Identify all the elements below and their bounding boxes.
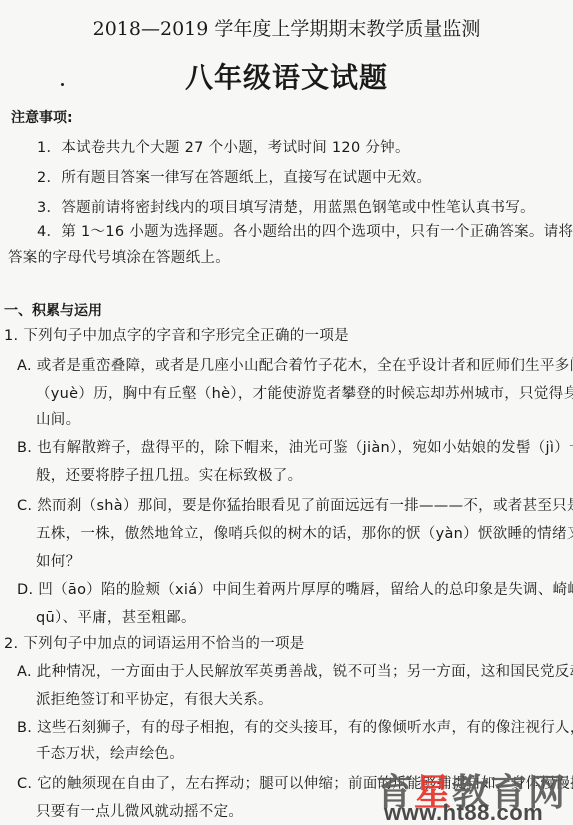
exam-title: 八年级语文试题 [0,56,573,96]
watermark-url: www.ht88.com [384,800,543,825]
q1-option-b-line1: B. 也有解散辫子，盘得平的，除下帽来，油光可鉴（jiàn），宛如小姑娘的发髻（… [17,436,573,457]
q1-option-a-line1: A. 或者是重峦叠障，或者是几座小山配合着竹子花木，全在乎设计者和匠师们生平多阅 [17,354,573,375]
exam-subtitle: 2018—2019 学年度上学期期末教学质量监测 [0,14,573,41]
q2-option-a-line2: 派拒绝签订和平协定，有很大关系。 [36,688,273,709]
q2-option-c-line2: 只要有一点儿微风就动摇不定。 [36,800,243,821]
section-heading: 一、积累与运用 [4,300,102,320]
q1-option-b-line2: 般，还要将脖子扭几扭。实在标致极了。 [36,464,302,485]
notes-heading: 注意事项: [11,107,73,127]
note-item-3: 3．答题前请将密封线内的项目填写清楚，用蓝黑色钢笔或中性笔认真书写。 [37,196,535,217]
question-2-stem: 2. 下列句子中加点的词语运用不恰当的一项是 [4,632,305,653]
note-item-1: 1．本试卷共九个大题 27 个小题，考试时间 120 分钟。 [37,136,410,157]
site-watermark: 育星教育网 www.ht88.com [376,768,573,825]
q1-option-c-line2: 五株，一株，傲然地耸立，像哨兵似的树木的话，那你的恹（yàn）恹欲睡的情绪又将 [36,522,573,543]
note-item-4-cont: 答案的字母代号填涂在答题纸上。 [8,246,230,267]
note-item-2: 2．所有题目答案一律写在答题纸上，直接写在试题中无效。 [37,166,431,187]
q1-option-a-line2: （yuè）历，胸中有丘壑（hè），才能使游览者攀登的时候忘却苏州城市，只觉得身在 [36,382,573,403]
q1-option-c-line1: C. 然而刹（shà）那间，要是你猛抬眼看见了前面远远有一排———不，或者甚至只… [17,494,573,515]
q2-option-b-line1: B. 这些石刻狮子，有的母子相抱，有的交头接耳，有的像倾听水声，有的像注视行人， [17,716,573,737]
q1-option-c-line3: 如何？ [36,550,80,571]
q1-option-d-line1: D. 凹（āo）陷的脸颊（xiá）中间生着两片厚厚的嘴唇，留给人的总印象是失调、… [17,578,573,599]
note-item-4: 4．第 1～16 小题为选择题。各小题给出的四个选项中，只有一个正确答案。请将正… [37,220,573,241]
q1-option-a-line3: 山间。 [36,408,80,429]
stray-mark [61,83,64,86]
exam-page: 2018—2019 学年度上学期期末教学质量监测 八年级语文试题 注意事项: 1… [0,0,573,825]
question-1-stem: 1. 下列句子中加点字的字音和字形完全正确的一项是 [4,324,349,345]
q1-option-d-line2: qū）、平庸，甚至粗鄙。 [36,606,196,627]
q2-option-a-line1: A. 此种情况，一方面由于人民解放军英勇善战，锐不可当；另一方面，这和国民党反动 [17,660,573,681]
q2-option-b-line2: 千态万状，绘声绘色。 [36,742,184,763]
